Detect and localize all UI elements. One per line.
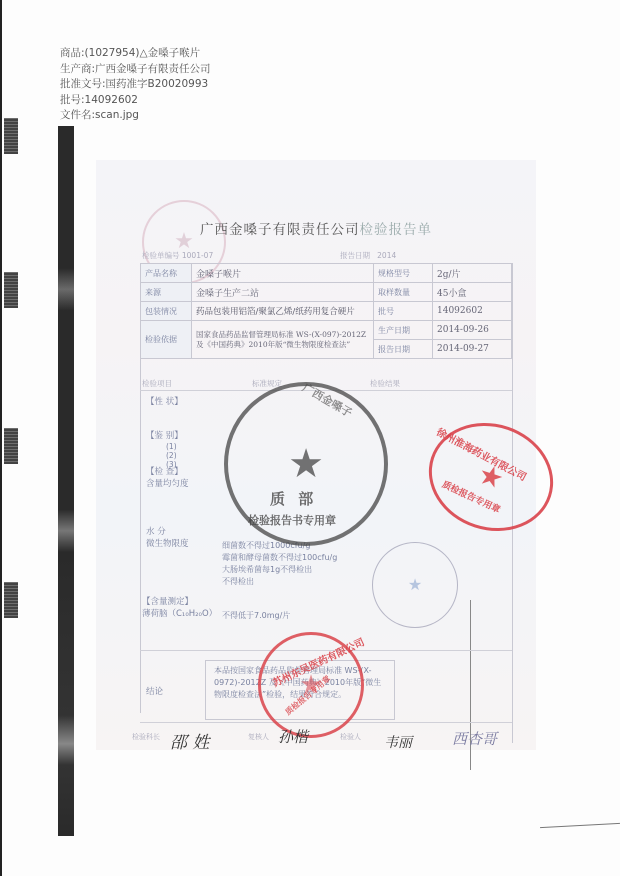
microbial-standard: 细菌数不得过1000cfu/g 霉菌和酵母菌数不得过100cfu/g 大肠埃希菌…	[222, 540, 337, 588]
section-line: 含量均匀度	[146, 478, 189, 490]
standard-line: 不得检出	[222, 576, 337, 588]
head-signature: 邵 姓	[170, 728, 209, 753]
section-assay: 【含量测定】 薄荷脑（C₁₀H₂₀O）	[142, 596, 217, 620]
section-line: (2)	[146, 451, 183, 460]
section-inspection: 【检 查】 含量均匀度	[146, 466, 189, 490]
reviewer-signature: 孙楷	[278, 726, 308, 747]
scan-binding-bar	[58, 126, 74, 836]
stamp-central-middle: 质 部	[270, 488, 317, 509]
row-label: 包装情况	[141, 302, 192, 321]
inspector-signature-label: 检验人	[340, 732, 361, 742]
star-icon: ★	[288, 444, 324, 484]
star-icon: ★	[408, 577, 422, 593]
stamp-central-bottom: 检验报告书专用章	[248, 512, 336, 528]
table-row: 来源 金嗓子生产二站 取样数量 45小盒	[141, 283, 512, 302]
section-heading: 【含量测定】	[142, 596, 217, 608]
conclusion-label: 结论	[146, 686, 163, 698]
row-right-value: 2014-09-26	[433, 321, 512, 340]
faint-blue-stamp: ★	[372, 542, 458, 628]
punch-hole-mark	[4, 272, 18, 308]
report-number: 检验单编号 1001-07	[142, 250, 213, 261]
standard-line: 霉菌和酵母菌数不得过100cfu/g	[222, 552, 337, 564]
row-right-label: 生产日期	[374, 321, 433, 340]
report-date-value: 2014	[377, 251, 396, 260]
approval-number-line: 批准文号:国药准字B20020993	[60, 77, 211, 93]
section-line: (1)	[146, 442, 183, 451]
report-number-label: 检验单编号	[142, 251, 180, 260]
report-date-header: 报告日期 2014	[340, 250, 396, 261]
row-value: 金嗓子生产二站	[192, 283, 374, 302]
punch-hole-mark	[4, 428, 18, 464]
row-label: 来源	[141, 283, 192, 302]
section-heading: 【性 状】	[146, 396, 183, 408]
file-name-line: 文件名:scan.jpg	[60, 108, 211, 124]
report-date-label: 报告日期	[340, 251, 370, 260]
row-label: 产品名称	[141, 264, 192, 283]
row-value: 金嗓子喉片	[192, 264, 374, 283]
product-line: 商品:(1027954)△金嗓子喉片	[60, 46, 211, 62]
section-heading: 水 分	[146, 526, 189, 538]
table-border	[140, 263, 141, 713]
row-right-value: 2014-09-27	[433, 340, 512, 359]
report-title: 广西金嗓子有限责任公司检验报告单	[200, 218, 432, 238]
row-right-label: 批号	[374, 302, 433, 321]
row-right-value: 14092602	[433, 302, 512, 321]
section-line: 微生物限度	[146, 538, 189, 550]
section-heading: 【鉴 别】	[146, 430, 183, 442]
items-header-result: 检验结果	[370, 378, 400, 390]
row-value: 药品包装用铝箔/聚氯乙烯/纸药用复合硬片	[192, 302, 374, 321]
row-right-value: 45小盒	[433, 283, 512, 302]
report-title-company: 广西金嗓子有限责任公司	[200, 222, 360, 238]
report-number-value: 1001-07	[182, 251, 213, 260]
file-metadata: 商品:(1027954)△金嗓子喉片 生产商:广西金嗓子有限责任公司 批准文号:…	[60, 46, 211, 124]
head-signature-label: 检验科长	[132, 732, 160, 742]
row-value: 国家食品药品监督管理局标准 WS-(X-097)-2012Z 及《中国药典》20…	[192, 321, 374, 359]
punch-hole-mark	[4, 118, 18, 154]
row-right-value: 2g/片	[433, 264, 512, 283]
section-heading: 【检 查】	[146, 466, 189, 478]
report-title-suffix: 检验报告单	[360, 222, 433, 238]
row-right-label: 取样数量	[374, 283, 433, 302]
row-label: 检验依据	[141, 321, 192, 359]
table-row: 包装情况 药品包装用铝箔/聚氯乙烯/纸药用复合硬片 批号 14092602	[141, 302, 512, 321]
standard-line: 大肠埃希菌每1g不得检出	[222, 564, 337, 576]
items-header-item: 检验项目	[142, 378, 172, 390]
row-right-label: 规格型号	[374, 264, 433, 283]
section-moisture: 水 分 微生物限度	[146, 526, 189, 550]
scan-edge	[0, 0, 2, 876]
divider	[540, 823, 620, 828]
row-right-label: 报告日期	[374, 340, 433, 359]
report-info-table: 产品名称 金嗓子喉片 规格型号 2g/片 来源 金嗓子生产二站 取样数量 45小…	[140, 263, 512, 359]
inspector-signature: 韦丽	[384, 732, 412, 752]
extra-signature: 西杏哥	[452, 728, 497, 749]
assay-standard: 不得低于7.0mg/片	[222, 610, 290, 622]
section-line: 薄荷脑（C₁₀H₂₀O）	[142, 608, 217, 620]
table-row: 检验依据 国家食品药品监督管理局标准 WS-(X-097)-2012Z 及《中国…	[141, 321, 512, 340]
reviewer-signature-label: 复核人	[248, 732, 269, 742]
manufacturer-line: 生产商:广西金嗓子有限责任公司	[60, 62, 211, 78]
section-appearance: 【性 状】	[146, 396, 183, 408]
table-row: 产品名称 金嗓子喉片 规格型号 2g/片	[141, 264, 512, 283]
section-identification: 【鉴 别】 (1) (2) (3)	[146, 430, 183, 469]
batch-number-line: 批号:14092602	[60, 93, 211, 109]
punch-hole-mark	[4, 582, 18, 618]
